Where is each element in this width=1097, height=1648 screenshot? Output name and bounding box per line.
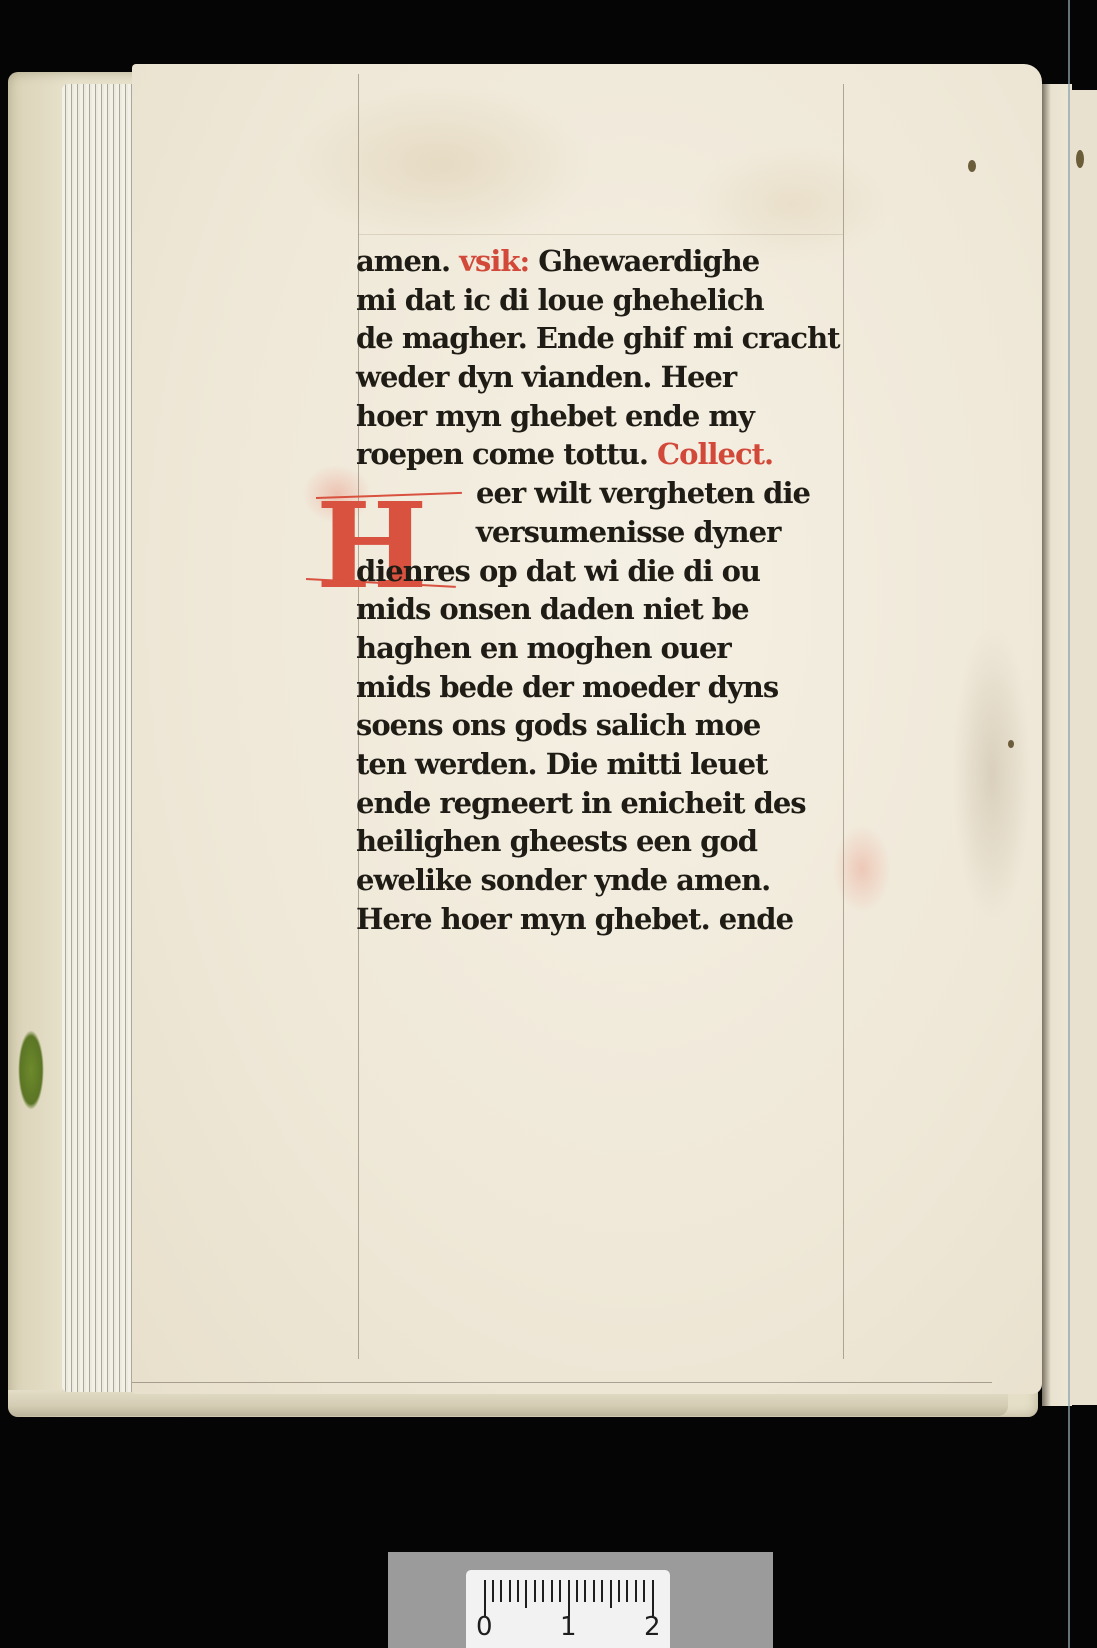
text-line: Here hoer myn ghebet. ende: [356, 900, 876, 939]
ruler-tick: [576, 1580, 578, 1602]
text-line: mi dat ic di loue ghehelich: [356, 281, 876, 320]
text-line: amen. vsik: Ghewaerdighe: [356, 242, 876, 281]
ruler-tick: [492, 1580, 494, 1602]
ruler-tick: [542, 1580, 544, 1602]
ruler-tick: [584, 1580, 586, 1602]
ruler-tick: [593, 1580, 595, 1602]
text-line: versumenisse dyner: [356, 513, 876, 552]
water-stain: [292, 84, 592, 244]
ruler-tick: [484, 1580, 486, 1616]
dirt-stain: [952, 624, 1032, 924]
text-block-page-edges: [62, 84, 132, 1392]
ruling-line-top: [358, 234, 843, 235]
text-line: haghen en moghen ouer: [356, 629, 876, 668]
ruler-label-2: 2: [644, 1612, 661, 1642]
ruler-tick: [610, 1580, 612, 1608]
text-column: amen. vsik: Ghewaerdighe mi dat ic di lo…: [356, 242, 876, 938]
centimeter-scale-bar: 0 1 2: [466, 1570, 670, 1648]
ruler-label-1: 1: [560, 1612, 577, 1642]
ruler-label-0: 0: [476, 1612, 493, 1642]
ruler-tick: [500, 1580, 502, 1602]
facing-page: [1070, 90, 1097, 1405]
glass-plate-edge: [1068, 0, 1070, 1648]
text-line: heilighen gheests een god: [356, 822, 876, 861]
text-line: dienres op dat wi die di ou: [356, 552, 876, 591]
foxing-spot: [968, 160, 976, 172]
ruler-tick: [643, 1580, 645, 1602]
ruler-tick: [652, 1580, 654, 1616]
text-line: eer wilt vergheten die: [356, 474, 876, 513]
ruler-tick: [525, 1580, 527, 1608]
ruler-tick: [618, 1580, 620, 1602]
text-line: ewelike sonder ynde amen.: [356, 861, 876, 900]
text-line: ten werden. Die mitti leuet: [356, 745, 876, 784]
foxing-spot: [1008, 740, 1014, 748]
text-line: mids onsen daden niet be: [356, 590, 876, 629]
ruler-tick: [626, 1580, 628, 1602]
ruler-tick: [635, 1580, 637, 1602]
rubric: vsik:: [459, 244, 529, 278]
ruler-tick: [568, 1580, 570, 1616]
text-line: de magher. Ende ghif mi cracht: [356, 319, 876, 358]
foxing-spot: [1076, 150, 1084, 168]
page-bottom-edge: [132, 1382, 992, 1383]
ruler-tick: [534, 1580, 536, 1602]
ruler-tick: [559, 1580, 561, 1602]
ruler-tick: [551, 1580, 553, 1602]
text-line: ende regneert in enicheit des: [356, 784, 876, 823]
green-fabric-remnant: [18, 1030, 44, 1110]
text-line: roepen come tottu. Collect.: [356, 435, 876, 474]
text-line: weder dyn vianden. Heer: [356, 358, 876, 397]
text-line: soens ons gods salich moe: [356, 706, 876, 745]
ruler-tick: [601, 1580, 603, 1602]
ruler-tick: [509, 1580, 511, 1602]
ruler-tick: [517, 1580, 519, 1602]
rubric-collect: Collect.: [657, 437, 773, 471]
text-line: hoer myn ghebet ende my: [356, 397, 876, 436]
text-line: mids bede der moeder dyns: [356, 668, 876, 707]
